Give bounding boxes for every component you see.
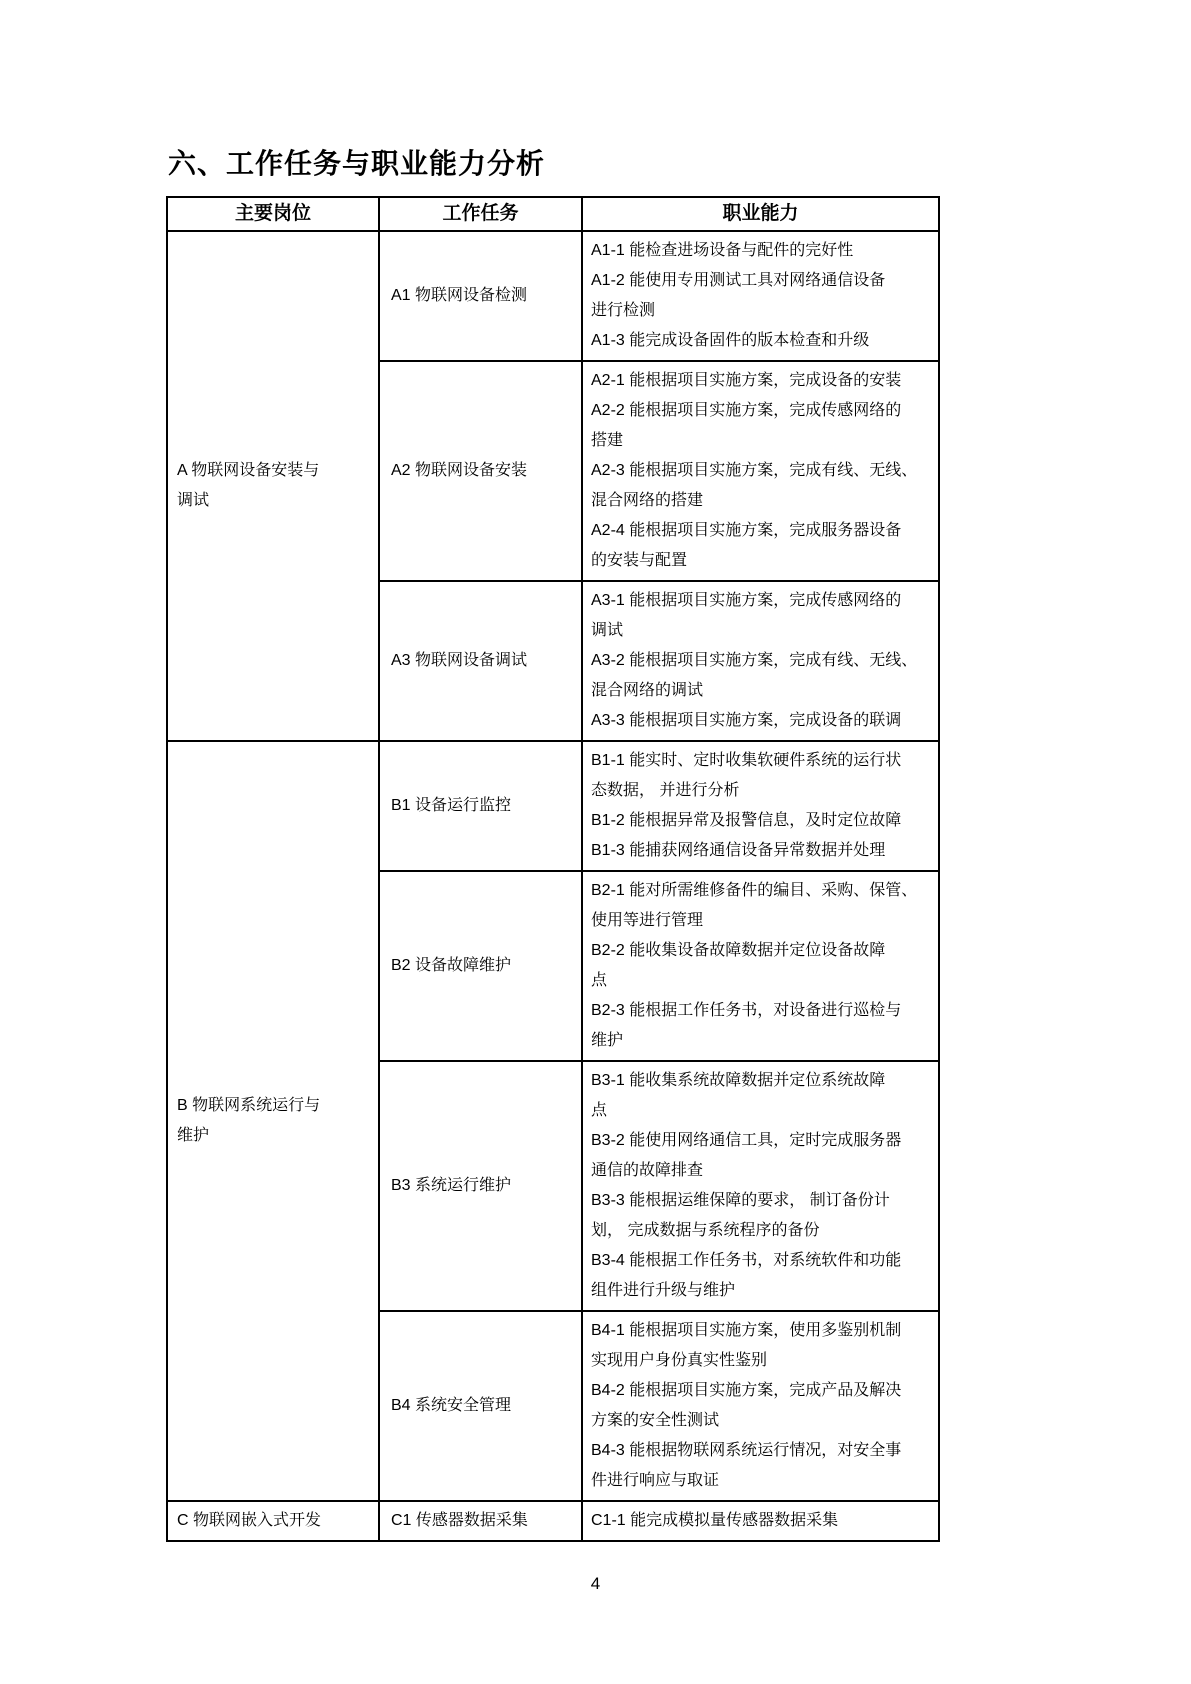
- position-cell-a: A 物联网设备安装与 调试: [167, 231, 379, 741]
- task-cell-b2: B2 设备故障维护: [379, 871, 582, 1061]
- abilities-cell-b3: B3-1 能收集系统故障数据并定位系统故障 点 B3-2 能使用网络通信工具，定…: [582, 1061, 939, 1311]
- task-cell-c1: C1 传感器数据采集: [379, 1501, 582, 1541]
- header-work-task: 工作任务: [379, 197, 582, 231]
- task-ability-table: 主要岗位 工作任务 职业能力 A 物联网设备安装与 调试 A1 物联网设备检测 …: [166, 196, 940, 1542]
- position-cell-b: B 物联网系统运行与 维护: [167, 741, 379, 1501]
- task-cell-b1: B1 设备运行监控: [379, 741, 582, 871]
- abilities-cell-b1: B1-1 能实时、定时收集软硬件系统的运行状 态数据， 并进行分析 B1-2 能…: [582, 741, 939, 871]
- task-cell-a1: A1 物联网设备检测: [379, 231, 582, 361]
- abilities-cell-b4: B4-1 能根据项目实施方案，使用多鉴别机制 实现用户身份真实性鉴别 B4-2 …: [582, 1311, 939, 1501]
- table-header-row: 主要岗位 工作任务 职业能力: [167, 197, 939, 231]
- table-row-a1: A 物联网设备安装与 调试 A1 物联网设备检测 A1-1 能检查进场设备与配件…: [167, 231, 939, 361]
- header-main-position: 主要岗位: [167, 197, 379, 231]
- page-title: 六、工作任务与职业能力分析: [168, 142, 940, 182]
- task-cell-a3: A3 物联网设备调试: [379, 581, 582, 741]
- task-cell-a2: A2 物联网设备安装: [379, 361, 582, 581]
- position-cell-c: C 物联网嵌入式开发: [167, 1501, 379, 1541]
- header-professional-ability: 职业能力: [582, 197, 939, 231]
- abilities-cell-b2: B2-1 能对所需维修备件的编目、采购、保管、 使用等进行管理 B2-2 能收集…: [582, 871, 939, 1061]
- abilities-cell-c1: C1-1 能完成模拟量传感器数据采集: [582, 1501, 939, 1541]
- document-page: { "page": { "title": "六、工作任务与职业能力分析", "p…: [0, 0, 1191, 1684]
- abilities-cell-a1: A1-1 能检查进场设备与配件的完好性 A1-2 能使用专用测试工具对网络通信设…: [582, 231, 939, 361]
- task-cell-b3: B3 系统运行维护: [379, 1061, 582, 1311]
- table-row-c1: C 物联网嵌入式开发 C1 传感器数据采集 C1-1 能完成模拟量传感器数据采集: [167, 1501, 939, 1541]
- document-content: 六、工作任务与职业能力分析 主要岗位 工作任务 职业能力 A 物联网设备安装与 …: [166, 142, 940, 1542]
- task-cell-b4: B4 系统安全管理: [379, 1311, 582, 1501]
- table-row-b1: B 物联网系统运行与 维护 B1 设备运行监控 B1-1 能实时、定时收集软硬件…: [167, 741, 939, 871]
- abilities-cell-a2: A2-1 能根据项目实施方案，完成设备的安装 A2-2 能根据项目实施方案，完成…: [582, 361, 939, 581]
- abilities-cell-a3: A3-1 能根据项目实施方案，完成传感网络的 调试 A3-2 能根据项目实施方案…: [582, 581, 939, 741]
- page-number: 4: [0, 1574, 1191, 1594]
